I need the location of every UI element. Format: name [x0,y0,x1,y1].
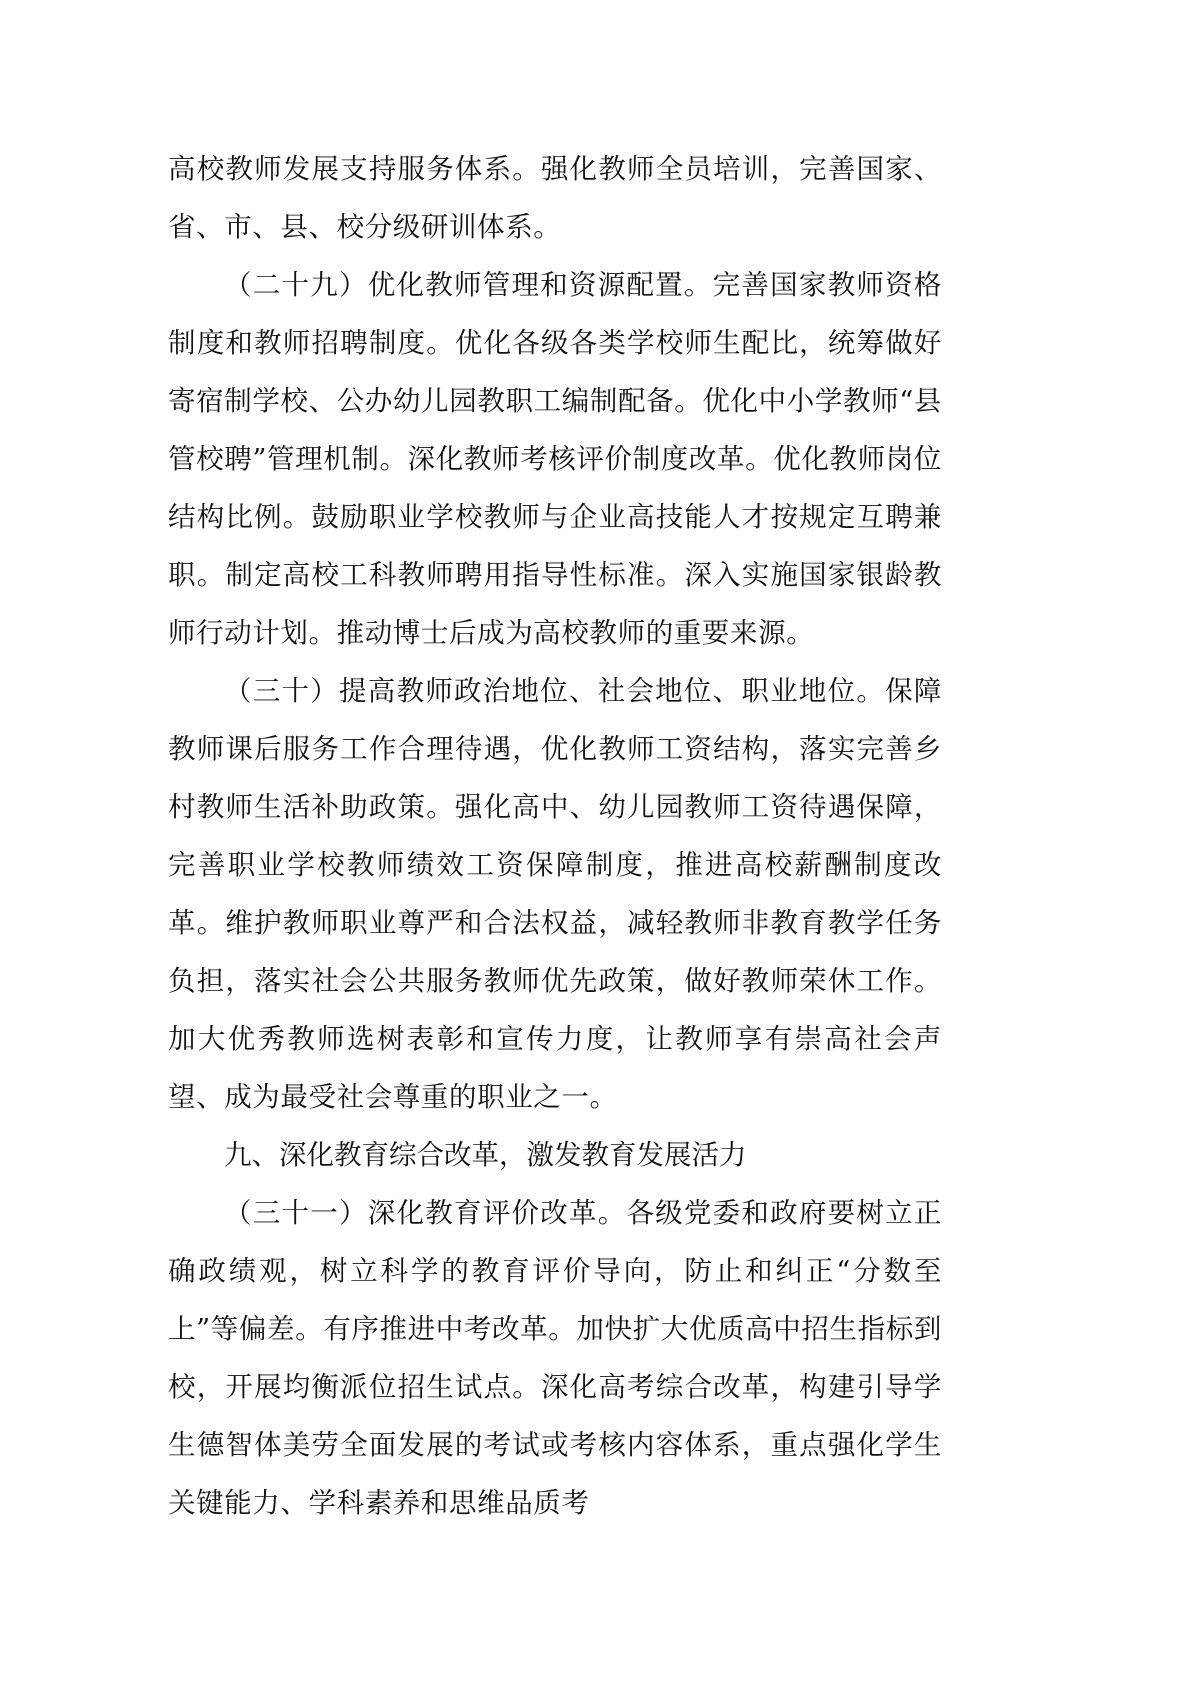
paragraph-item-31: （三十一）深化教育评价改革。各级党委和政府要树立正确政绩观，树立科学的教育评价导… [168,1184,942,1532]
document-page: 高校教师发展支持服务体系。强化教师全员培训，完善国家、省、市、县、校分级研训体系… [168,140,942,1532]
paragraph-item-29: （二十九）优化教师管理和资源配置。完善国家教师资格制度和教师招聘制度。优化各级各… [168,256,942,662]
paragraph-continuation: 高校教师发展支持服务体系。强化教师全员培训，完善国家、省、市、县、校分级研训体系… [168,140,942,256]
section-heading-9: 九、深化教育综合改革，激发教育发展活力 [168,1126,942,1184]
paragraph-item-30: （三十）提高教师政治地位、社会地位、职业地位。保障教师课后服务工作合理待遇，优化… [168,662,942,1126]
